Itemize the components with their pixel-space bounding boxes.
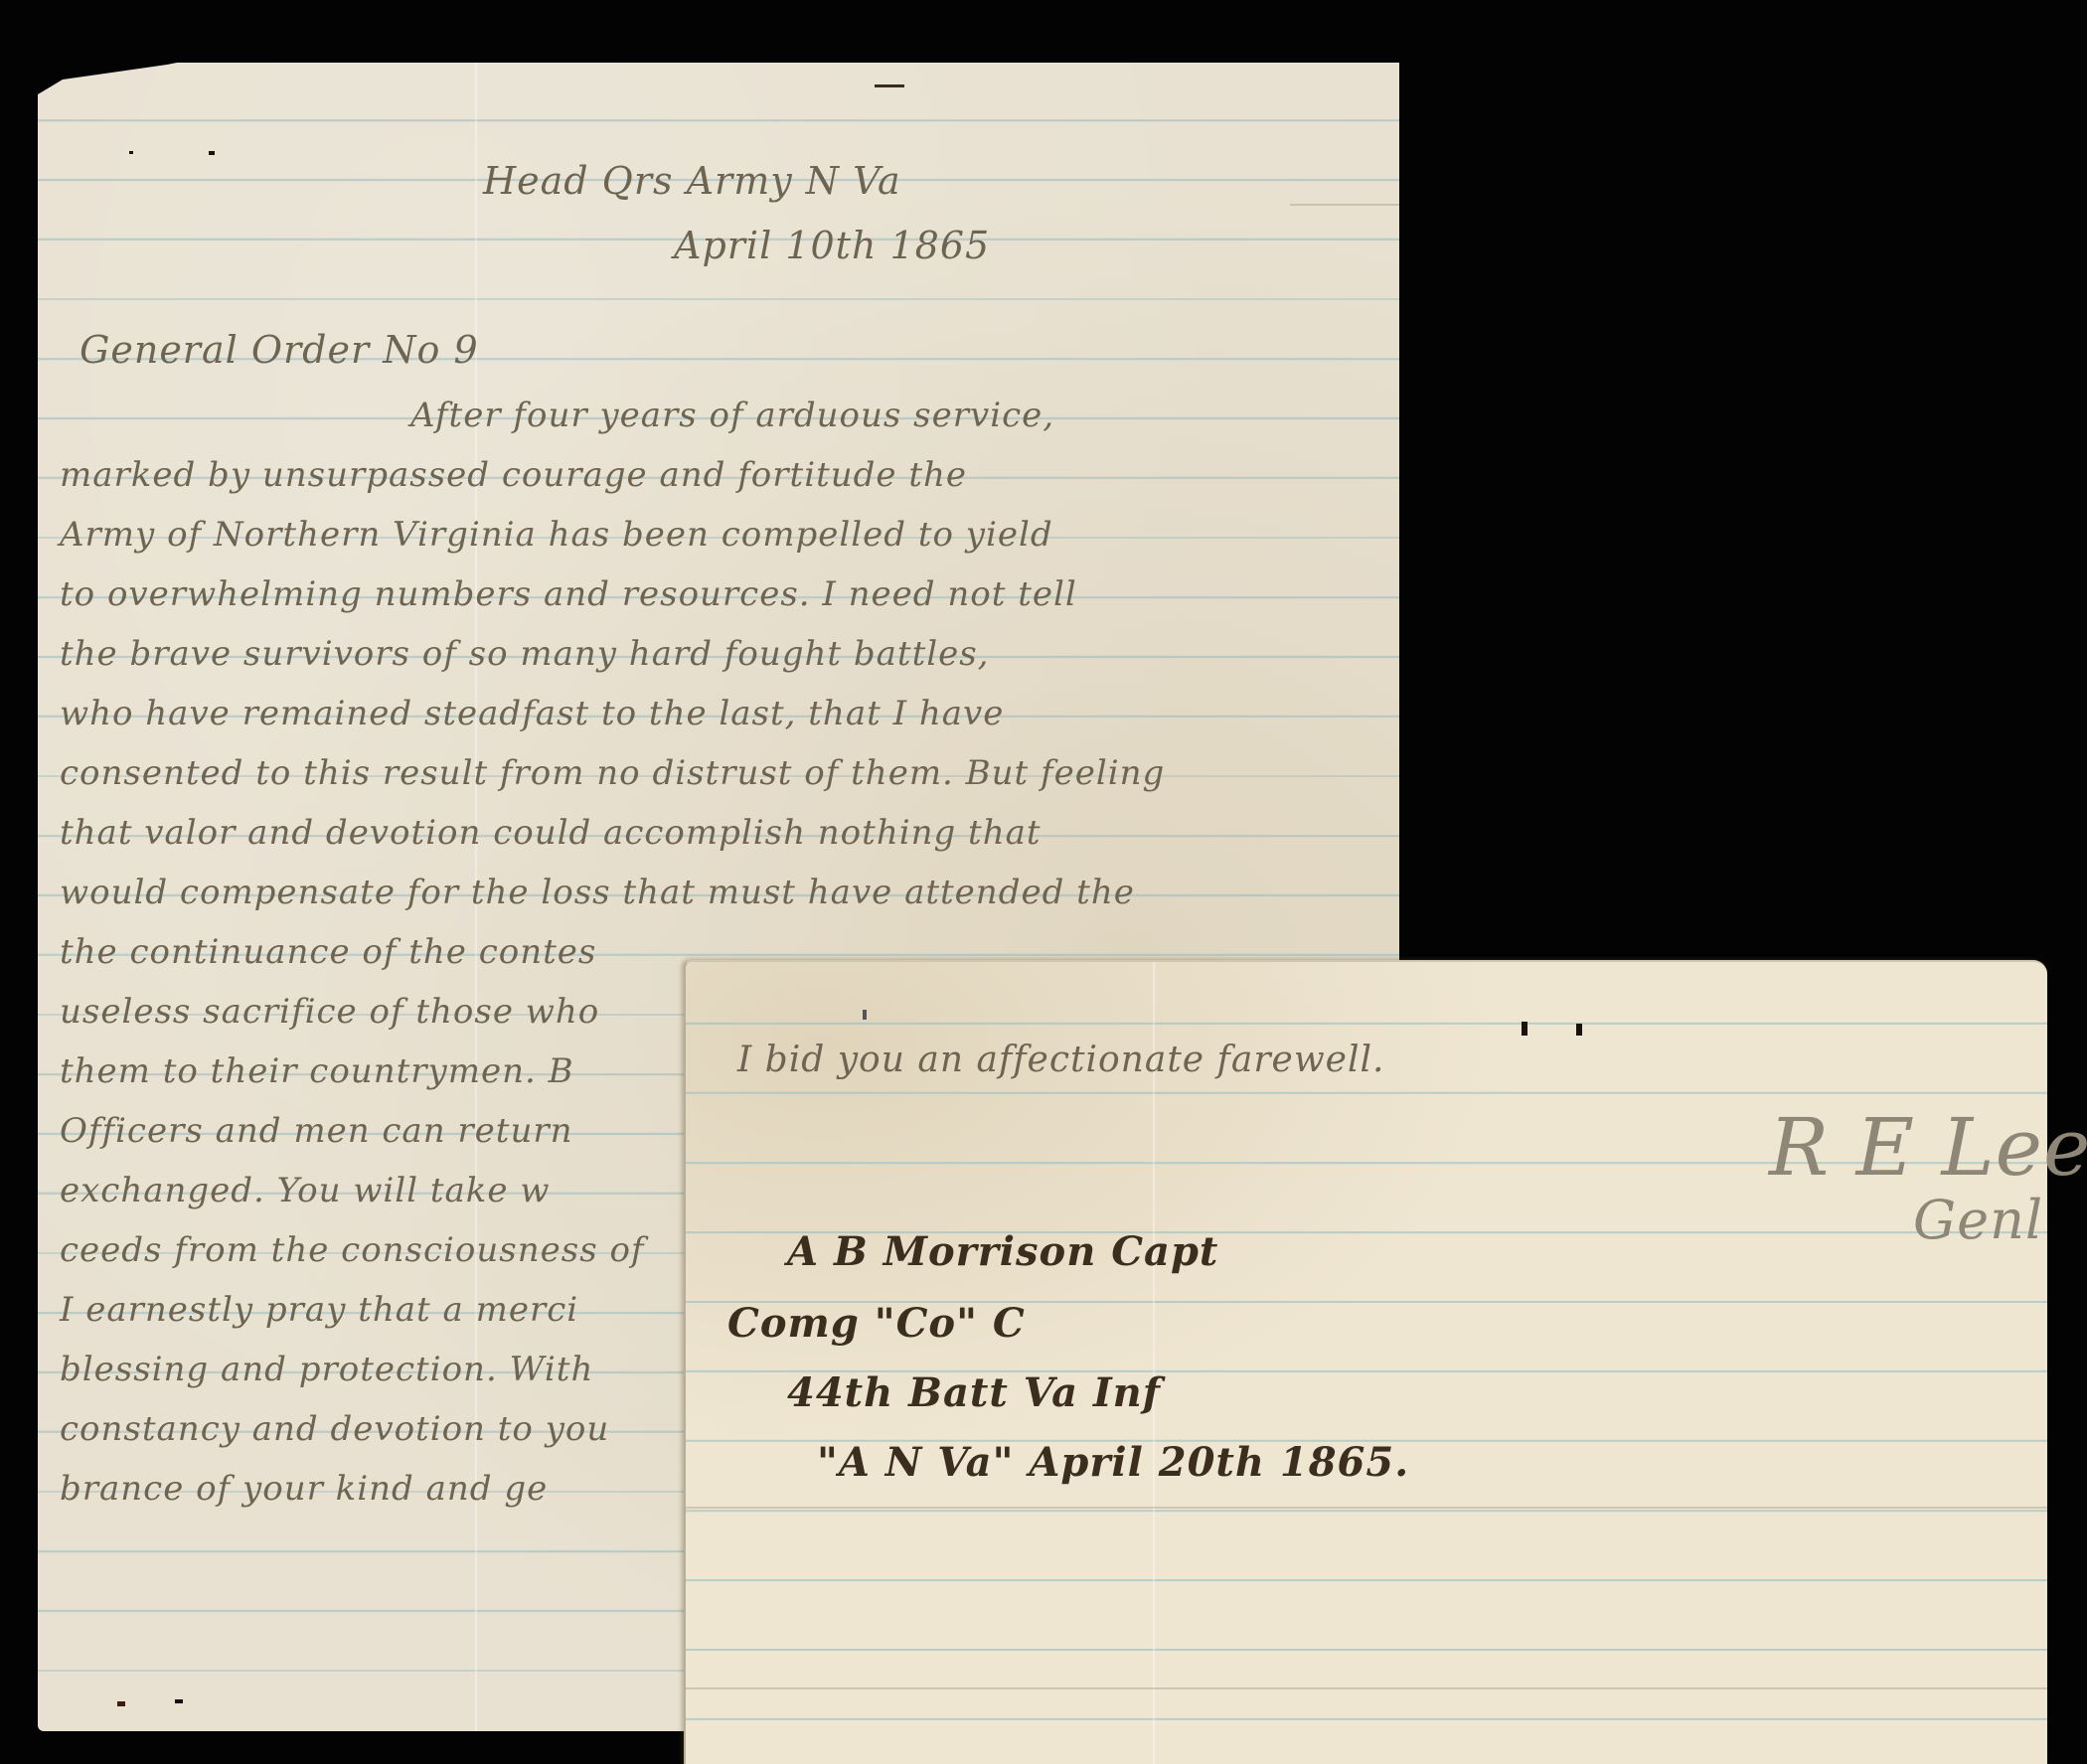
order-line: I earnestly pray that a merci xyxy=(60,1290,578,1330)
order-line: Officers and men can return xyxy=(60,1111,573,1151)
attestation-company: Comg "Co" C xyxy=(727,1300,1026,1347)
farewell-sheet: I bid you an affectionate farewell. R E … xyxy=(684,960,2047,1764)
order-line: constancy and devotion to you xyxy=(60,1409,609,1449)
order-line: would compensate for the loss that must … xyxy=(60,873,1135,912)
order-line: After four years of arduous service, xyxy=(410,396,1054,435)
header-date: April 10th 1865 xyxy=(674,224,990,267)
order-line: blessing and protection. With xyxy=(60,1350,593,1389)
order-line: the continuance of the contes xyxy=(60,932,596,972)
paper-fold-mark xyxy=(1290,204,1399,206)
farewell-line: I bid you an affectionate farewell. xyxy=(737,1040,1384,1080)
order-line: consented to this result from no distrus… xyxy=(60,753,1165,793)
attestation-battalion: 44th Batt Va Inf xyxy=(787,1369,1161,1416)
order-title: General Order No 9 xyxy=(80,328,479,372)
order-line: exchanged. You will take w xyxy=(60,1171,550,1210)
ink-speck xyxy=(175,1699,183,1703)
ink-speck xyxy=(117,1701,125,1706)
signature-title: Genl xyxy=(1913,1189,2043,1251)
ink-speck xyxy=(129,151,133,154)
order-line: that valor and devotion could accomplish… xyxy=(60,813,1042,853)
order-line: Army of Northern Virginia has been compe… xyxy=(60,515,1053,555)
header-location: Head Qrs Army N Va xyxy=(483,159,901,203)
ink-speck xyxy=(875,84,904,87)
ink-speck xyxy=(209,151,215,155)
ink-speck xyxy=(1576,1024,1582,1036)
paper-fold-mark xyxy=(686,1687,2047,1689)
order-line: brance of your kind and ge xyxy=(60,1469,548,1509)
order-line: them to their countrymen. B xyxy=(60,1051,574,1091)
paper-fold-mark xyxy=(686,1507,2047,1509)
ink-speck xyxy=(863,1010,867,1020)
order-line: to overwhelming numbers and resources. I… xyxy=(60,574,1077,614)
attestation-name: A B Morrison Capt xyxy=(787,1228,1218,1275)
order-line: the brave survivors of so many hard foug… xyxy=(60,634,989,674)
signature: R E Lee xyxy=(1769,1101,2087,1194)
order-line: ceeds from the consciousness of xyxy=(60,1230,645,1270)
order-line: who have remained steadfast to the last,… xyxy=(60,694,1004,733)
order-line: useless sacrifice of those who xyxy=(60,992,599,1032)
attestation-date: "A N Va" April 20th 1865. xyxy=(817,1439,1409,1486)
paper-fold-vertical xyxy=(1153,962,1155,1764)
ink-speck xyxy=(1522,1022,1527,1036)
order-line: marked by unsurpassed courage and fortit… xyxy=(60,455,967,495)
